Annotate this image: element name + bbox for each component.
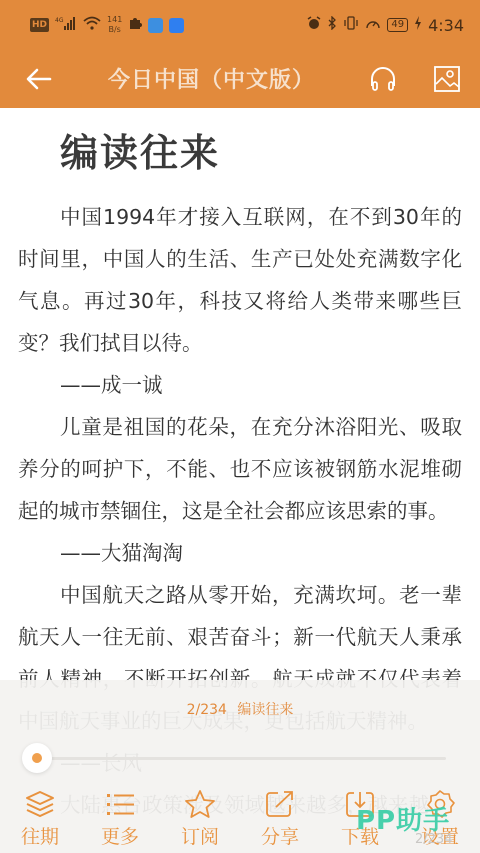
tool-label: 订阅: [181, 822, 219, 849]
tool-past-issues[interactable]: 往期: [0, 788, 80, 853]
page-indicator: 2/234 编读往来: [0, 699, 480, 719]
status-bar-right: 49 4:34: [307, 16, 464, 35]
messenger-app-icon: [169, 18, 184, 33]
image-icon: [433, 65, 461, 93]
list-icon: [103, 788, 137, 820]
alarm-icon: [307, 16, 321, 34]
puzzle-icon: [128, 16, 142, 34]
tool-subscribe[interactable]: 订阅: [160, 788, 240, 853]
speedometer-icon: [365, 16, 381, 34]
tool-label: 往期: [21, 822, 59, 849]
star-icon: [183, 788, 217, 820]
back-button[interactable]: [24, 64, 54, 94]
weather-app-icon: [148, 18, 163, 33]
hd-badge: HD: [30, 18, 49, 32]
article-signature: ——大猫淘淘: [18, 532, 462, 574]
share-icon: [263, 788, 297, 820]
slider-dot: [32, 753, 42, 763]
app-bar: 今日中国（中文版）: [0, 50, 480, 108]
status-bar: HD 4G 141 B/s 49 4:: [0, 0, 480, 50]
signal-icon: 4G: [55, 16, 77, 34]
vibrate-icon: [343, 16, 359, 34]
headphones-icon: [368, 64, 398, 94]
article-paragraph: 中国1994年才接入互联网，在不到30年的时间里，中国人的生活、生产已处处充满数…: [18, 196, 462, 364]
arrow-left-icon: [26, 68, 52, 90]
article-signature: ——成一诚: [18, 364, 462, 406]
battery-indicator: 49: [387, 18, 408, 32]
wifi-icon: [83, 16, 101, 34]
watermark: PP助手: [356, 800, 450, 837]
clock: 4:34: [428, 16, 464, 35]
page-slider-track[interactable]: [50, 757, 446, 760]
page-number: 2/234: [187, 702, 227, 718]
charging-icon: [414, 16, 422, 34]
article-paragraph: 儿童是祖国的花朵，在充分沐浴阳光、吸取养分的呵护下，不能、也不应该被钢筋水泥堆砌…: [18, 406, 462, 532]
tool-share[interactable]: 分享: [240, 788, 320, 853]
tool-label: 更多: [101, 822, 139, 849]
listen-button[interactable]: [366, 62, 400, 96]
section-title: 编读往来: [237, 702, 293, 718]
network-speed: 141 B/s: [107, 15, 122, 35]
status-bar-left: HD 4G 141 B/s: [30, 15, 184, 35]
image-mode-button[interactable]: [430, 62, 464, 96]
svg-text:4G: 4G: [55, 17, 64, 24]
bluetooth-icon: [327, 16, 337, 34]
page-slider-thumb[interactable]: [22, 743, 52, 773]
article-title: 编读往来: [18, 122, 462, 178]
tool-more[interactable]: 更多: [80, 788, 160, 853]
tool-label: 分享: [261, 822, 299, 849]
app-title: 今日中国（中文版）: [108, 63, 315, 94]
layers-icon: [23, 788, 57, 820]
